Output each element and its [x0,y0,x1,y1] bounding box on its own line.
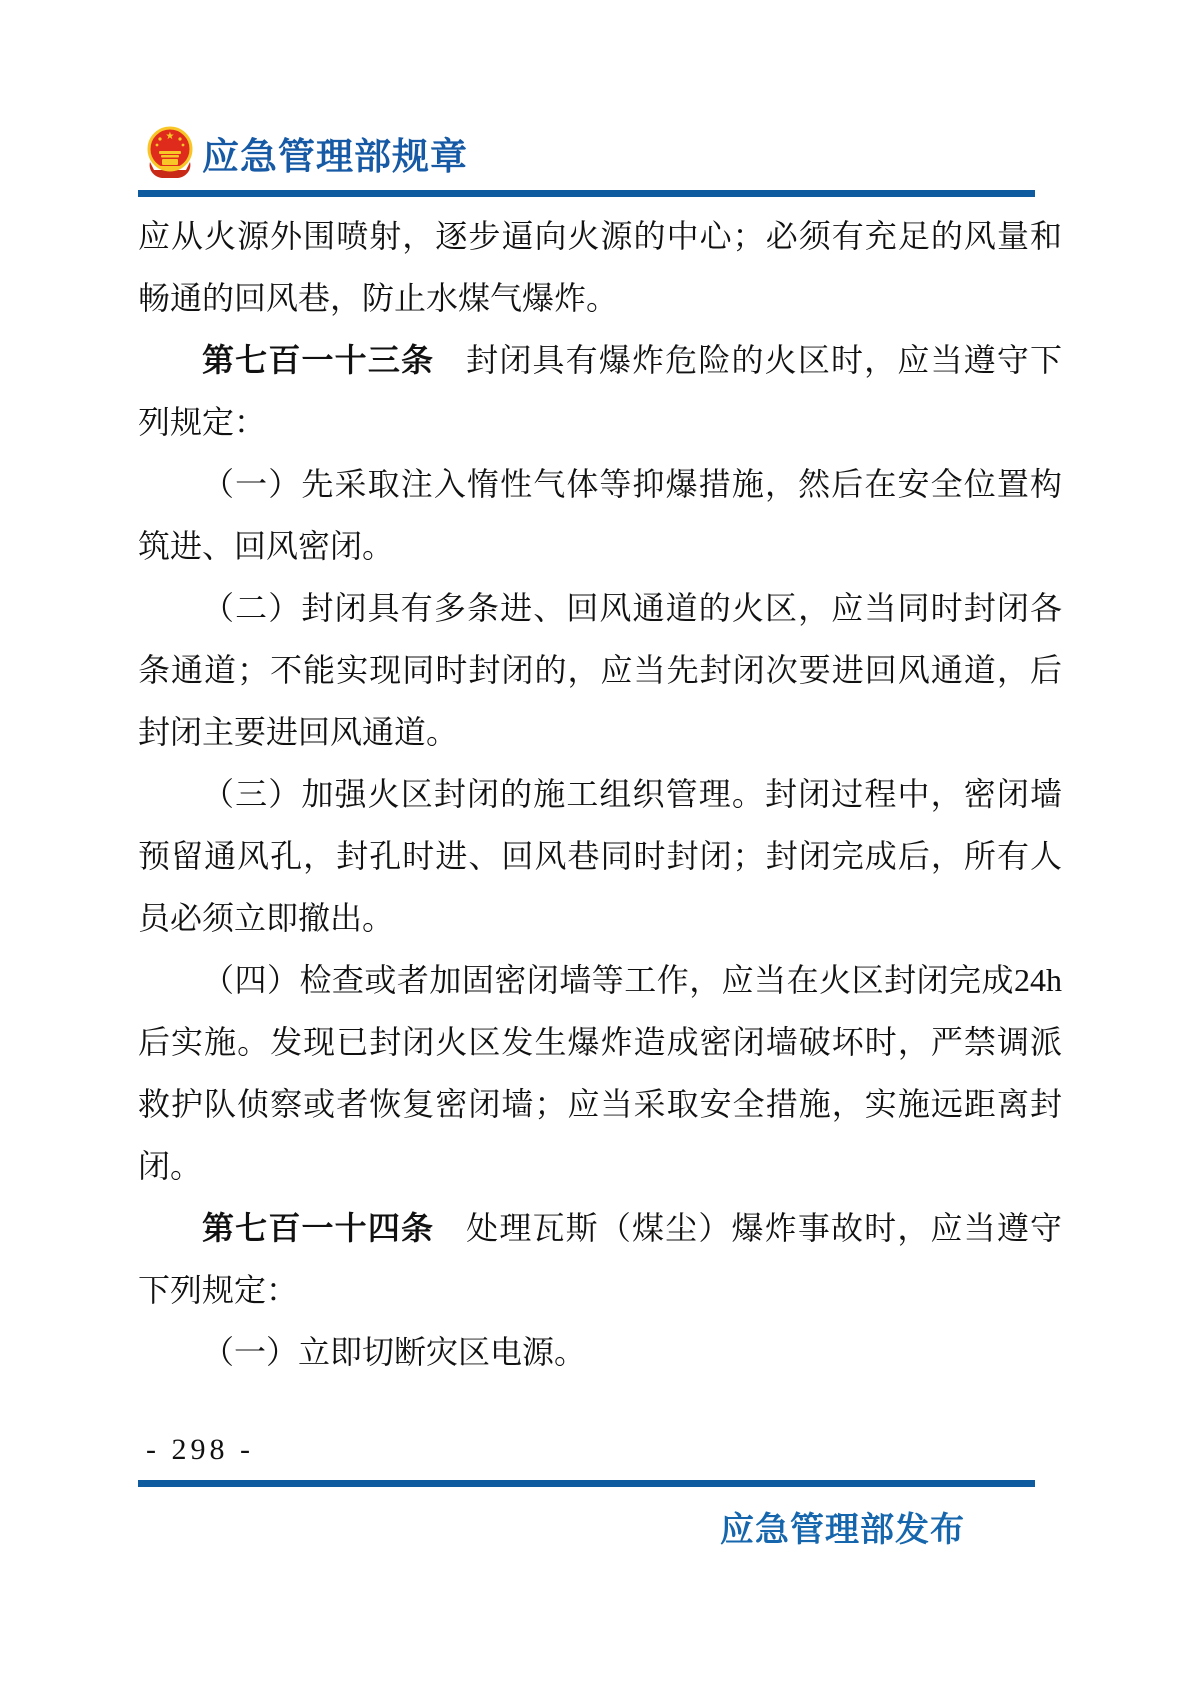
paragraph-text: （一）立即切断灾区电源。 [202,1334,586,1370]
body-paragraph-item-3: （三）加强火区封闭的施工组织管理。封闭过程中，密闭墙预留通风孔，封孔时进、回风巷… [138,763,1062,949]
paragraph-text: （四）检查或者加固密闭墙等工作，应当在火区封闭完成24h 后实施。发现已封闭火区… [138,962,1062,1184]
header-divider [138,190,1035,197]
document-page: 应急管理部规章 应从火源外围喷射，逐步逼向火源的中心；必须有充足的风量和畅通的回… [0,0,1191,1684]
body-paragraph: 应从火源外围喷射，逐步逼向火源的中心；必须有充足的风量和畅通的回风巷，防止水煤气… [138,205,1062,329]
body-paragraph-item-1: （一）先采取注入惰性气体等抑爆措施，然后在安全位置构筑进、回风密闭。 [138,453,1062,577]
body-paragraph-article-713: 第七百一十三条封闭具有爆炸危险的火区时，应当遵守下列规定： [138,329,1062,453]
article-number: 第七百一十四条 [202,1210,434,1246]
article-number: 第七百一十三条 [202,342,434,378]
publisher-label: 应急管理部发布 [720,1502,965,1551]
body-paragraph-item-4: （四）检查或者加固密闭墙等工作，应当在火区封闭完成24h 后实施。发现已封闭火区… [138,949,1062,1197]
national-emblem-icon [146,124,194,180]
paragraph-text: （二）封闭具有多条进、回风通道的火区，应当同时封闭各条通道；不能实现同时封闭的，… [138,590,1062,750]
paragraph-text: （一）先采取注入惰性气体等抑爆措施，然后在安全位置构筑进、回风密闭。 [138,466,1062,564]
document-body: 应从火源外围喷射，逐步逼向火源的中心；必须有充足的风量和畅通的回风巷，防止水煤气… [138,205,1062,1383]
agency-title: 应急管理部规章 [202,126,468,180]
paragraph-text: 应从火源外围喷射，逐步逼向火源的中心；必须有充足的风量和畅通的回风巷，防止水煤气… [138,218,1062,316]
page-header: 应急管理部规章 [138,118,1035,196]
paragraph-text: （三）加强火区封闭的施工组织管理。封闭过程中，密闭墙预留通风孔，封孔时进、回风巷… [138,776,1062,936]
footer-divider [138,1480,1035,1487]
body-paragraph-item-2: （二）封闭具有多条进、回风通道的火区，应当同时封闭各条通道；不能实现同时封闭的，… [138,577,1062,763]
body-paragraph-article-714: 第七百一十四条处理瓦斯（煤尘）爆炸事故时，应当遵守下列规定： [138,1197,1062,1321]
body-paragraph-item-1b: （一）立即切断灾区电源。 [138,1321,1062,1383]
page-number: - 298 - [146,1433,254,1467]
